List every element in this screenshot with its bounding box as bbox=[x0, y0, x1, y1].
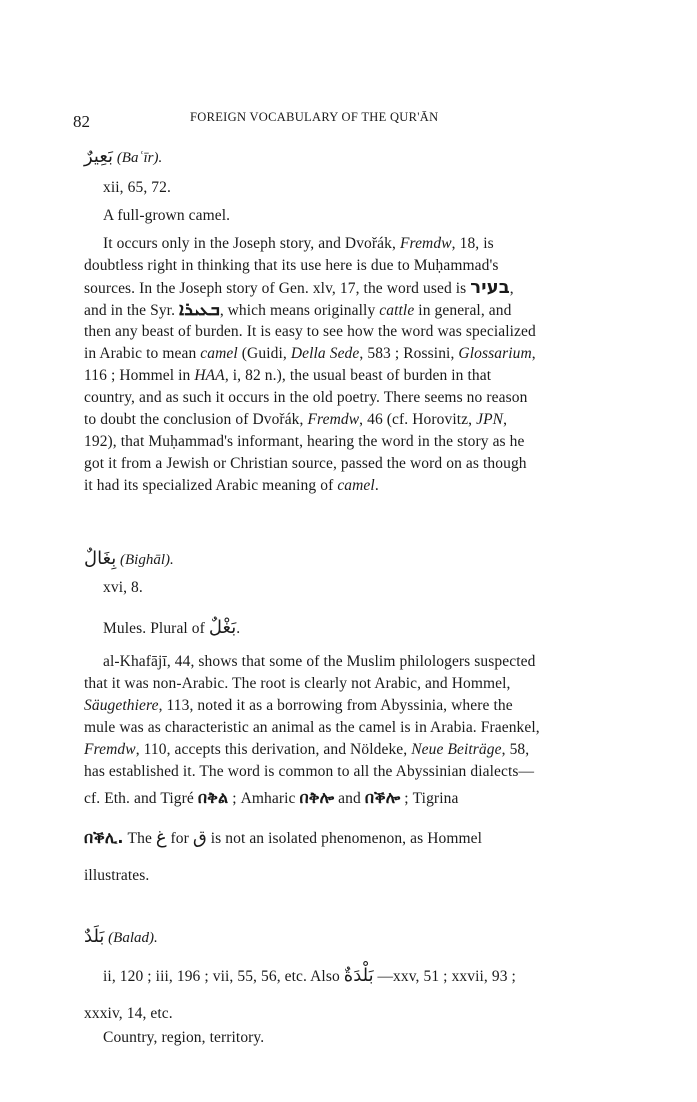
hebrew-word: בעיר bbox=[470, 277, 510, 298]
body-line: that it was non-Arabic. The root is clea… bbox=[84, 674, 511, 694]
body-line: country, and as such it occurs in the ol… bbox=[84, 388, 527, 408]
gloss: A full-grown camel. bbox=[103, 206, 230, 226]
qur-references: xii, 65, 72. bbox=[103, 178, 171, 198]
body-line: has established it. The word is common t… bbox=[84, 762, 534, 782]
gloss: Country, region, territory. bbox=[103, 1028, 264, 1048]
body-line: Fremdw, 110, accepts this derivation, an… bbox=[84, 740, 529, 760]
arabic-variant: بَلْدَةٌ bbox=[344, 965, 374, 986]
entry-heading-balad: بَلَدٌ (Balad). bbox=[84, 926, 158, 947]
arabic-letter-qaf: ق bbox=[193, 827, 207, 848]
ethiopic-word: በቕሊ. bbox=[84, 828, 124, 847]
body-line: Säugethiere, 113, noted it as a borrowin… bbox=[84, 696, 513, 716]
arabic-letter-ghain: غ bbox=[156, 827, 167, 848]
entry-heading-bair: بَعِيرٌ (Baʿīr). bbox=[84, 146, 162, 167]
body-line: to doubt the conclusion of Dvořák, Fremd… bbox=[84, 410, 507, 430]
body-line: sources. In the Joseph story of Gen. xlv… bbox=[84, 278, 514, 299]
body-line: በቕሊ. The غ for ق is not an isolated phen… bbox=[84, 828, 482, 849]
transliteration: (Baʿīr). bbox=[117, 150, 162, 166]
body-line: It occurs only in the Joseph story, and … bbox=[103, 234, 494, 254]
body-line: got it from a Jewish or Christian source… bbox=[84, 454, 527, 474]
ethiopic-word: በቅል bbox=[198, 788, 228, 807]
arabic-headword: بِغَالٌ bbox=[84, 548, 116, 569]
qur-references: xvi, 8. bbox=[103, 578, 143, 598]
qur-references-cont: xxxiv, 14, etc. bbox=[84, 1004, 173, 1024]
gloss: Mules. Plural of بَغْلٌ. bbox=[103, 618, 240, 639]
syriac-word: ܒܥܝܪܐ bbox=[179, 299, 220, 320]
running-title: FOREIGN VOCABULARY OF THE QUR'ĀN bbox=[190, 110, 438, 125]
entry-heading-bighal: بِغَالٌ (Bighāl). bbox=[84, 548, 174, 569]
body-line: it had its specialized Arabic meaning of… bbox=[84, 476, 379, 496]
page-number: 82 bbox=[73, 112, 90, 132]
body-line: mule was as characteristic an animal as … bbox=[84, 718, 540, 738]
body-line: illustrates. bbox=[84, 866, 149, 886]
arabic-singular: بَغْلٌ bbox=[209, 617, 236, 638]
body-line: al-Khafājī, 44, shows that some of the M… bbox=[103, 652, 535, 672]
arabic-headword: بَعِيرٌ bbox=[84, 146, 113, 167]
ethiopic-word: በቕሎ bbox=[365, 788, 400, 807]
arabic-headword: بَلَدٌ bbox=[84, 926, 104, 947]
body-line: 192), that Muḥammad's informant, hearing… bbox=[84, 432, 524, 452]
qur-references: ii, 120 ; iii, 196 ; vii, 55, 56, etc. A… bbox=[103, 966, 516, 987]
body-line: then any beast of burden. It is easy to … bbox=[84, 322, 536, 342]
body-line: doubtless right in thinking that its use… bbox=[84, 256, 499, 276]
transliteration: (Balad). bbox=[108, 930, 158, 946]
transliteration: (Bighāl). bbox=[120, 552, 174, 568]
book-page: 82 FOREIGN VOCABULARY OF THE QUR'ĀN بَعِ… bbox=[0, 0, 697, 1102]
body-line: and in the Syr. ܒܥܝܪܐ, which means origi… bbox=[84, 300, 511, 321]
body-line: 116 ; Hommel in HAA, i, 82 n.), the usua… bbox=[84, 366, 491, 386]
body-line: in Arabic to mean camel (Guidi, Della Se… bbox=[84, 344, 536, 364]
body-line: cf. Eth. and Tigré በቅል ; Amharic በቅሎ and… bbox=[84, 788, 458, 809]
ethiopic-word: በቅሎ bbox=[299, 788, 334, 807]
